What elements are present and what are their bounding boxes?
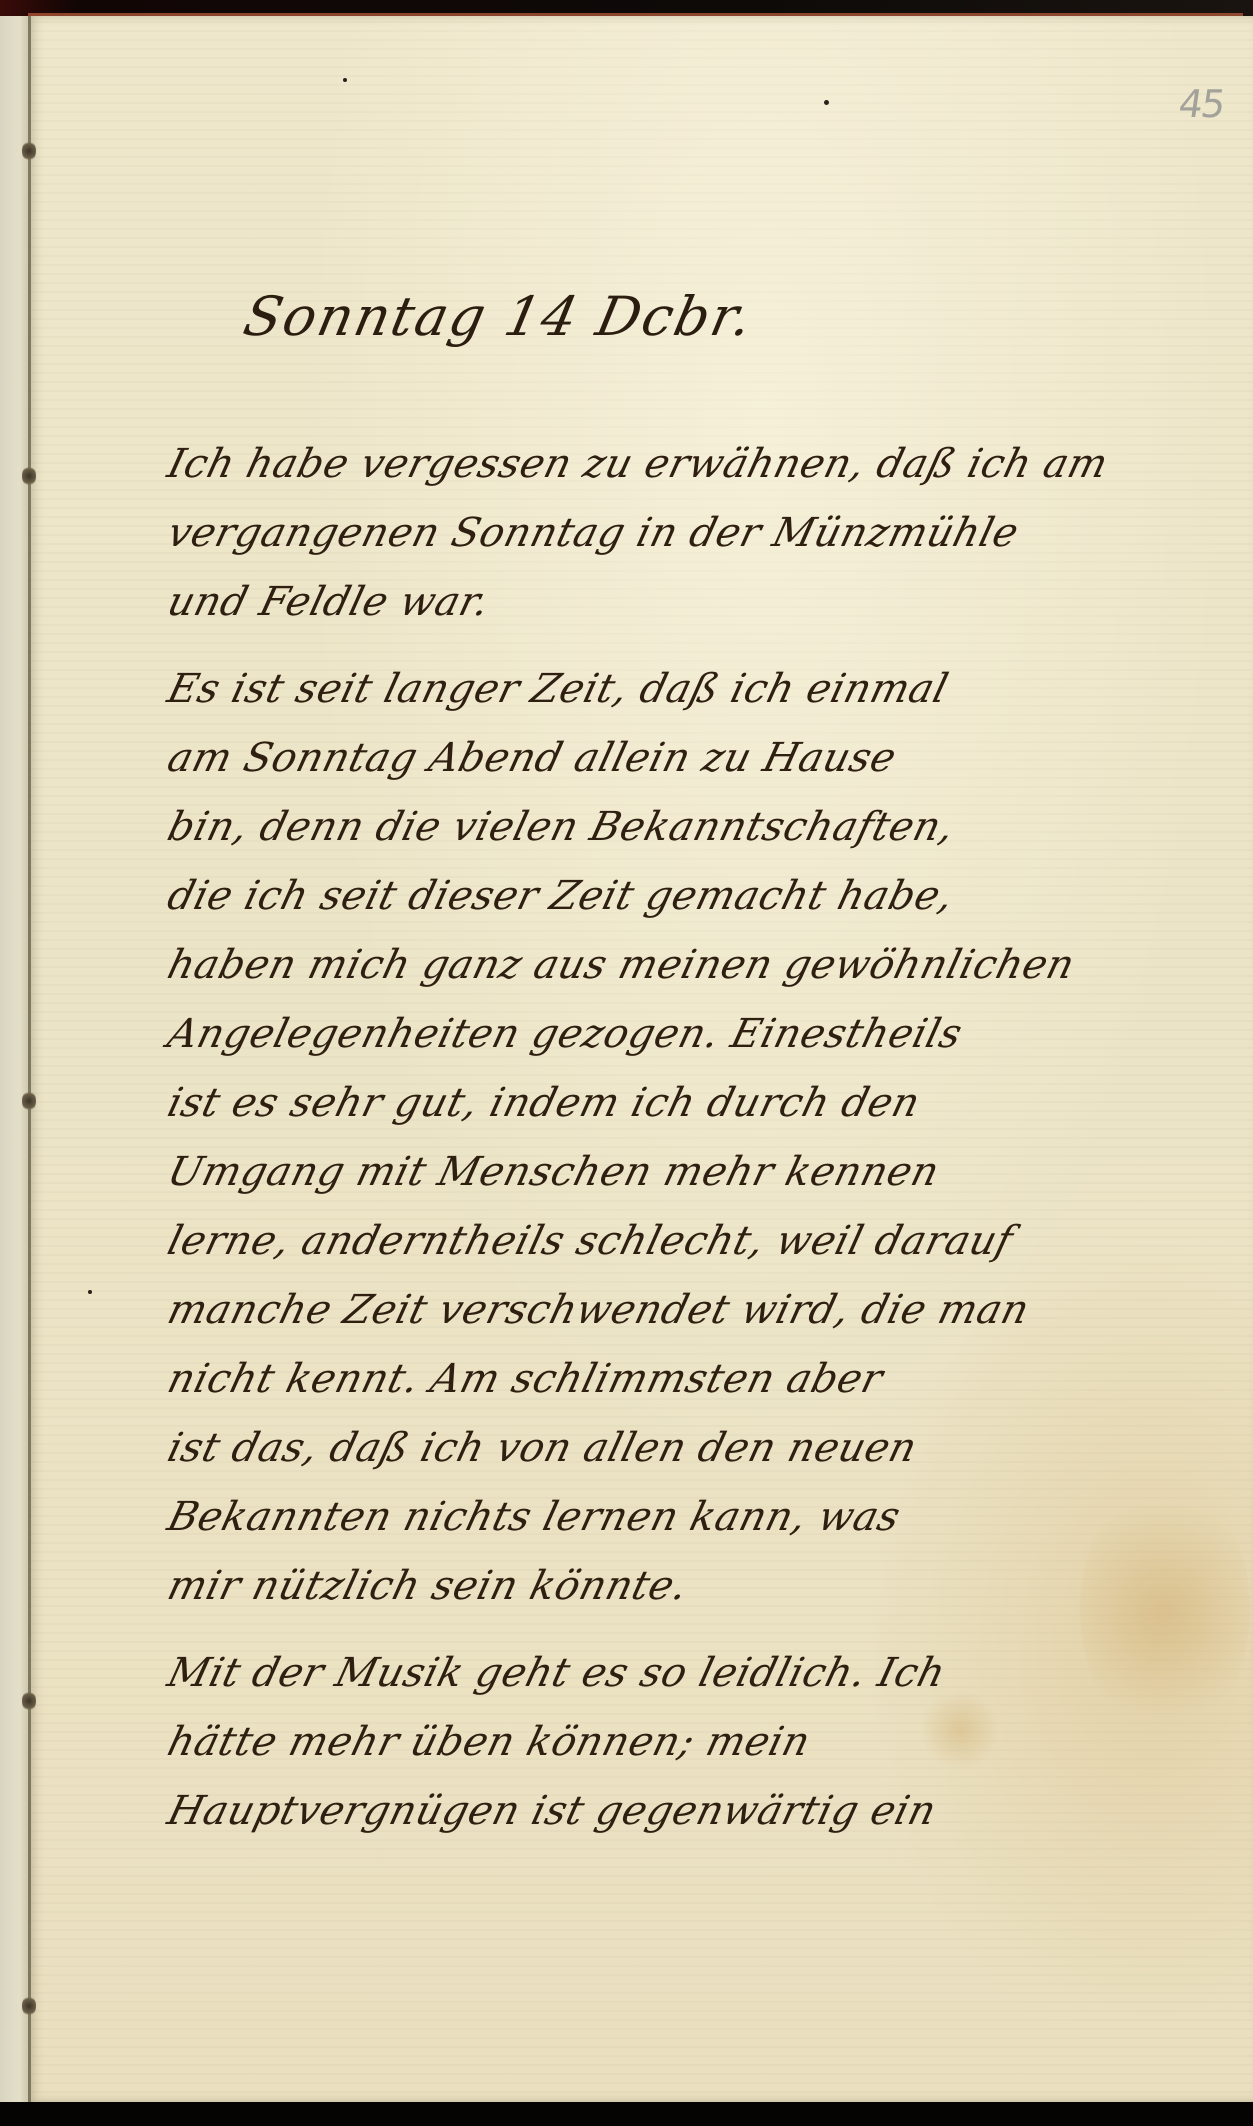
binding-stitch — [22, 1995, 36, 2017]
entry-date-heading: Sonntag 14 Dcbr. — [238, 285, 759, 348]
text-line: ist das, daß ich von allen den neuen — [160, 1414, 1167, 1483]
text-line: Mit der Musik geht es so leidlich. Ich — [160, 1639, 1167, 1708]
adjacent-leaf — [0, 16, 28, 2102]
text-line: bin, denn die vielen Bekanntschaften, — [160, 793, 1167, 862]
text-line: Es ist seit langer Zeit, daß ich einmal — [160, 655, 1167, 724]
binding-gutter — [28, 16, 31, 2102]
text-line: Hauptvergnügen ist gegenwärtig ein — [160, 1777, 1167, 1846]
ink-speck — [824, 100, 829, 105]
text-line: Ich habe vergessen zu erwähnen, daß ich … — [160, 430, 1167, 499]
ink-speck — [343, 78, 347, 82]
text-line: vergangenen Sonntag in der Münzmühle — [160, 499, 1167, 568]
binding-stitch — [22, 140, 36, 162]
text-line: und Feldle war. — [160, 568, 1167, 637]
text-line: hätte mehr üben können; mein — [160, 1708, 1167, 1777]
text-line: am Sonntag Abend allein zu Hause — [160, 724, 1167, 793]
text-line: Umgang mit Menschen mehr kennen — [160, 1138, 1167, 1207]
entry-body: Ich habe vergessen zu erwähnen, daß ich … — [160, 430, 1150, 1846]
text-line: lerne, anderntheils schlecht, weil darau… — [160, 1207, 1167, 1276]
book-top-edge — [0, 0, 1253, 16]
page-number: 45 — [1176, 82, 1227, 126]
text-line: mir nützlich sein könnte. — [160, 1552, 1167, 1621]
book-bottom-edge — [0, 2102, 1253, 2126]
binding-stitch — [22, 1090, 36, 1112]
text-line: manche Zeit verschwendet wird, die man — [160, 1276, 1167, 1345]
text-line: ist es sehr gut, indem ich durch den — [160, 1069, 1167, 1138]
text-line: haben mich ganz aus meinen gewöhnlichen — [160, 931, 1167, 1000]
text-line: Angelegenheiten gezogen. Einestheils — [160, 1000, 1167, 1069]
text-line: Bekannten nichts lernen kann, was — [160, 1483, 1167, 1552]
binding-stitch — [22, 465, 36, 487]
ink-speck — [88, 1290, 92, 1294]
binding-stitch — [22, 1690, 36, 1712]
text-line: nicht kennt. Am schlimmsten aber — [160, 1345, 1167, 1414]
text-line: die ich seit dieser Zeit gemacht habe, — [160, 862, 1167, 931]
